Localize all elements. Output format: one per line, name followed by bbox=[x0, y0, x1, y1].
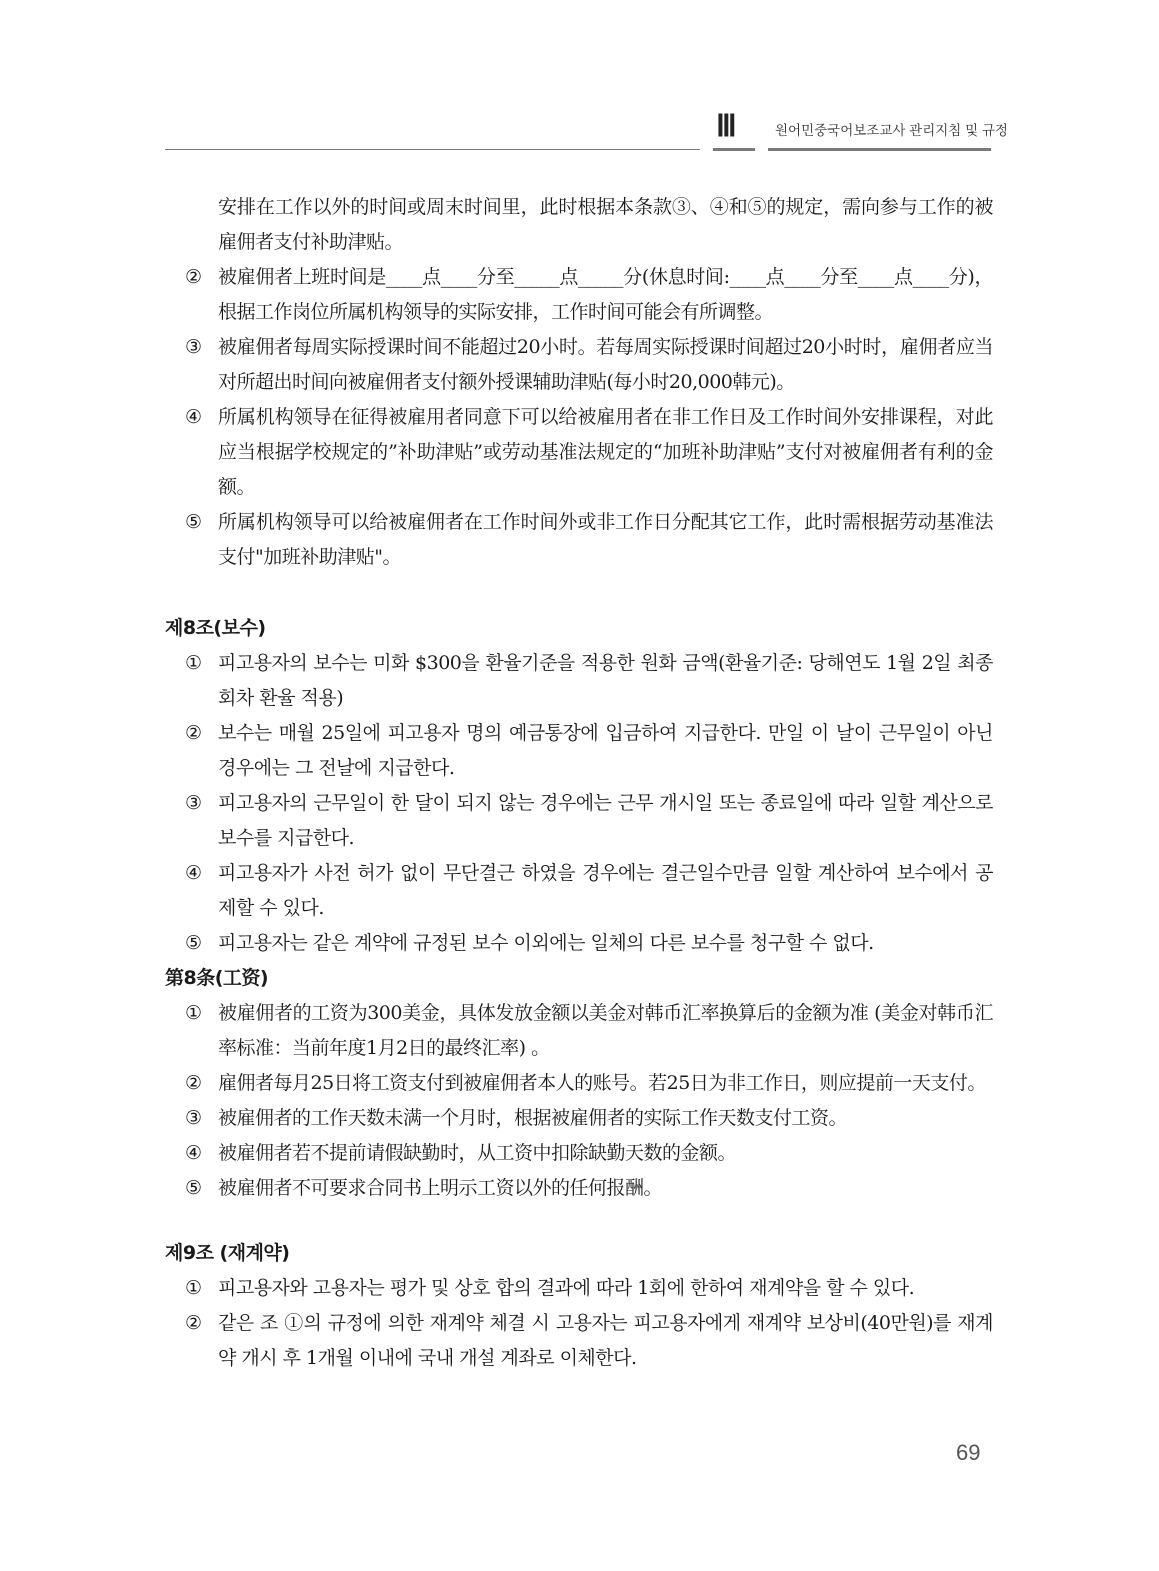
item-number: ④ bbox=[185, 856, 202, 891]
list-item: ③ 피고용자의 근무일이 한 달이 되지 않는 경우에는 근무 개시일 또는 종… bbox=[165, 786, 993, 856]
list-item: ④ 피고용자가 사전 허가 없이 무단결근 하였을 경우에는 결근일수만큼 일할… bbox=[165, 856, 993, 926]
item-number: ① bbox=[185, 646, 202, 681]
item-text: 피고용자와 고용자는 평가 및 상호 합의 결과에 따라 1회에 한하여 재계약… bbox=[218, 1277, 914, 1299]
page-header: Ⅲ 원어민중국어보조교사 관리지침 및 규정 bbox=[0, 0, 1159, 160]
item-number: ④ bbox=[185, 400, 202, 435]
list-item: ① 피고용자와 고용자는 평가 및 상호 합의 결과에 따라 1회에 한하여 재… bbox=[165, 1271, 993, 1306]
item-number: ⑤ bbox=[185, 505, 202, 540]
list-item: ① 被雇佣者的工资为300美金，具体发放金额以美金对韩币汇率换算后的金额为准 (… bbox=[165, 996, 993, 1066]
article-8-ko-title: 제8조(보수) bbox=[165, 611, 993, 646]
header-rule-chapter bbox=[713, 148, 755, 151]
list-item: ① 피고용자의 보수는 미화 $300을 환율기준을 적용한 원화 금액(환율기… bbox=[165, 646, 993, 716]
list-item: ② 보수는 매월 25일에 피고용자 명의 예금통장에 입금하여 지급한다. 만… bbox=[165, 716, 993, 786]
header-rule-left bbox=[165, 149, 700, 150]
item-number: ② bbox=[185, 716, 202, 751]
item-text: 피고용자는 같은 계약에 규정된 보수 이외에는 일체의 다른 보수를 청구할 … bbox=[218, 932, 874, 954]
item-number: ② bbox=[185, 1066, 202, 1101]
item-text: 被雇佣者每周实际授课时间不能超过20小时。若每周实际授课时间超过20小时时，雇佣… bbox=[218, 336, 993, 393]
chapter-number: Ⅲ bbox=[716, 112, 735, 142]
item-text: 被雇佣者若不提前请假缺勤时，从工资中扣除缺勤天数的金额。 bbox=[218, 1142, 736, 1164]
item-text: 被雇佣者的工作天数未满一个月时，根据被雇佣者的实际工作天数支付工资。 bbox=[218, 1107, 847, 1129]
item-number: ③ bbox=[185, 786, 202, 821]
list-item: ④ 被雇佣者若不提前请假缺勤时，从工资中扣除缺勤天数的金额。 bbox=[165, 1136, 993, 1171]
item-number: ③ bbox=[185, 1101, 202, 1136]
item-text: 같은 조 ①의 규정에 의한 재계약 체결 시 고용자는 피고용자에게 재계약 … bbox=[218, 1312, 993, 1369]
item-text: 被雇佣者上班时间是____点____分至_____点_____分(休息时间:__… bbox=[218, 266, 993, 323]
document-body: 安排在工作以外的时间或周末时间里，此时根据本条款③、④和⑤的规定，需向参与工作的… bbox=[165, 190, 993, 1376]
item-text: 被雇佣者的工资为300美金，具体发放金额以美金对韩币汇率换算后的金额为准 (美金… bbox=[218, 1002, 993, 1059]
item-number: ② bbox=[185, 260, 202, 295]
item-text: 피고용자의 보수는 미화 $300을 환율기준을 적용한 원화 금액(환율기준:… bbox=[218, 652, 993, 709]
item-text: 피고용자의 근무일이 한 달이 되지 않는 경우에는 근무 개시일 또는 종료일… bbox=[218, 792, 993, 849]
list-item: ⑤ 被雇佣者不可要求合同书上明示工资以外的任何报酬。 bbox=[165, 1171, 993, 1206]
item-number: ② bbox=[185, 1306, 202, 1341]
list-item: ② 被雇佣者上班时间是____点____分至_____点_____分(休息时间:… bbox=[165, 260, 993, 330]
page-number: 69 bbox=[956, 1440, 980, 1466]
item-number: ④ bbox=[185, 1136, 202, 1171]
item-text: 雇佣者每月25日将工资支付到被雇佣者本人的账号。若25日为非工作日，则应提前一天… bbox=[218, 1072, 986, 1094]
list-item: ④ 所属机构领导在征得被雇用者同意下可以给被雇用者在非工作日及工作时间外安排课程… bbox=[165, 400, 993, 505]
item-number: ③ bbox=[185, 330, 202, 365]
list-item: ⑤ 피고용자는 같은 계약에 규정된 보수 이외에는 일체의 다른 보수를 청구… bbox=[165, 926, 993, 961]
continuation-paragraph: 安排在工作以外的时间或周末时间里，此时根据本条款③、④和⑤的规定，需向参与工作的… bbox=[165, 190, 993, 260]
item-number: ⑤ bbox=[185, 926, 202, 961]
article-8-zh-title: 第8条(工资) bbox=[165, 961, 993, 996]
item-text: 被雇佣者不可要求合同书上明示工资以外的任何报酬。 bbox=[218, 1177, 662, 1199]
list-item: ③ 被雇佣者每周实际授课时间不能超过20小时。若每周实际授课时间超过20小时时，… bbox=[165, 330, 993, 400]
item-number: ⑤ bbox=[185, 1171, 202, 1206]
item-text: 所属机构领导在征得被雇用者同意下可以给被雇用者在非工作日及工作时间外安排课程，对… bbox=[218, 406, 993, 498]
list-item: ③ 被雇佣者的工作天数未满一个月时，根据被雇佣者的实际工作天数支付工资。 bbox=[165, 1101, 993, 1136]
item-number: ① bbox=[185, 996, 202, 1031]
item-number: ① bbox=[185, 1271, 202, 1306]
list-item: ⑤ 所属机构领导可以给被雇佣者在工作时间外或非工作日分配其它工作，此时需根据劳动… bbox=[165, 505, 993, 575]
item-text: 보수는 매월 25일에 피고용자 명의 예금통장에 입금하여 지급한다. 만일 … bbox=[218, 722, 993, 779]
item-text: 所属机构领导可以给被雇佣者在工作时间外或非工作日分配其它工作，此时需根据劳动基准… bbox=[218, 511, 993, 568]
item-text: 피고용자가 사전 허가 없이 무단결근 하였을 경우에는 결근일수만큼 일할 계… bbox=[218, 862, 993, 919]
article-9-ko-title: 제9조 (재계약) bbox=[165, 1236, 993, 1271]
list-item: ② 雇佣者每月25日将工资支付到被雇佣者本人的账号。若25日为非工作日，则应提前… bbox=[165, 1066, 993, 1101]
chapter-title: 원어민중국어보조교사 관리지침 및 규정 bbox=[775, 123, 1008, 139]
header-rule-right bbox=[768, 148, 991, 151]
list-item: ② 같은 조 ①의 규정에 의한 재계약 체결 시 고용자는 피고용자에게 재계… bbox=[165, 1306, 993, 1376]
